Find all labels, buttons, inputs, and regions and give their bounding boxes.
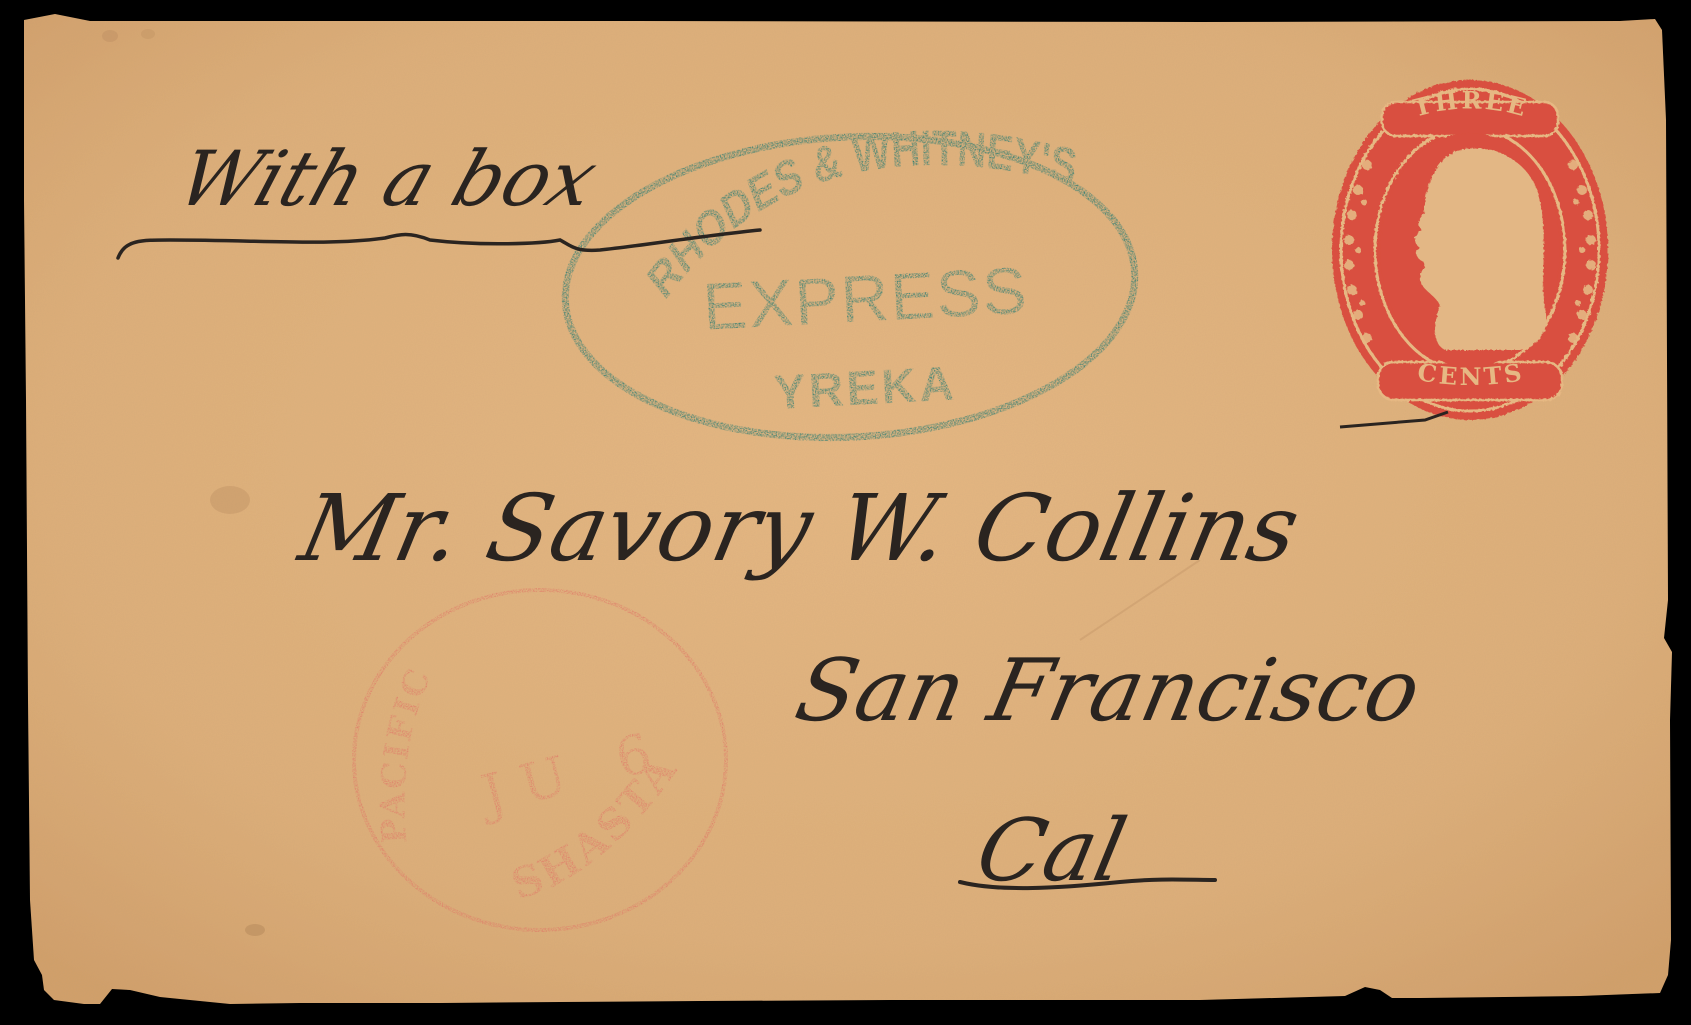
svg-text:CENTS: CENTS [1416, 357, 1527, 391]
address-line2: San Francisco [788, 640, 1429, 741]
manuscript-note-text: With a box [167, 136, 607, 224]
address-line1: Mr. Savory W. Collins [289, 475, 1308, 582]
envelope-photo: THREE CENTS RHODES & WHITNEY'S EXPRESS Y… [0, 0, 1691, 1025]
indicium-bottom-label: CENTS [1416, 357, 1527, 391]
handstamp-line3: YREKA [773, 358, 959, 421]
